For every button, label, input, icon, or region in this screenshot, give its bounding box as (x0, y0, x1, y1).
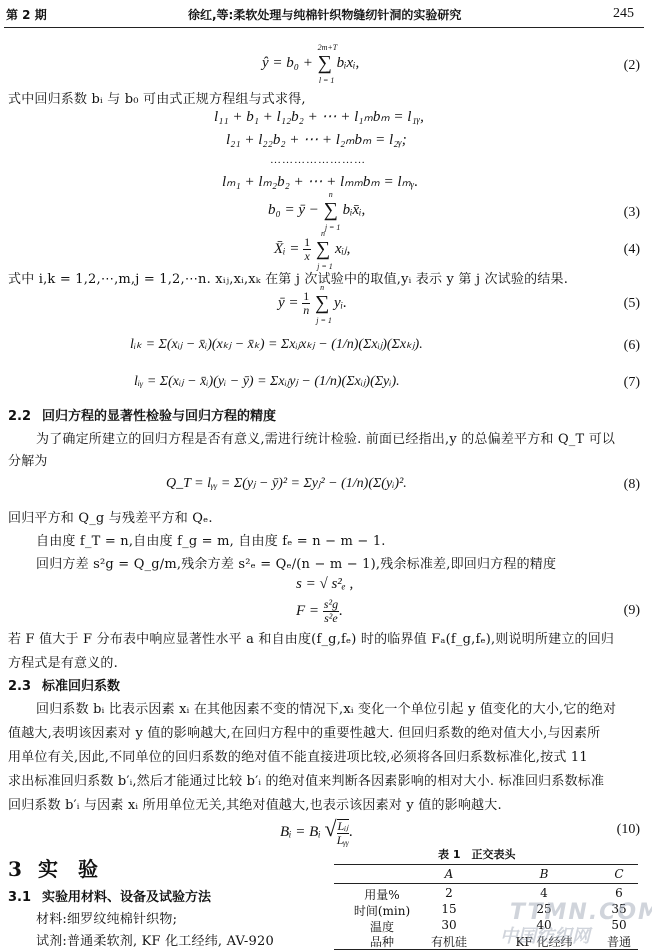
equation-s: s = √ s²ₑ , (296, 576, 353, 593)
paragraph-degrees-of-freedom: 自由度 f_T = n,自由度 f_g = m, 自由度 fₑ = n − m … (36, 530, 386, 549)
section-number: 2.2 (8, 409, 42, 424)
equation-9: F = s²gs²e. (296, 598, 343, 625)
paragraph-after-eq8: 回归平方和 Q_g 与残差平方和 Qₑ. (8, 507, 213, 526)
section-number: 3 (8, 857, 38, 881)
table-header-cell: A (414, 867, 484, 881)
paragraph-2-3-line-3: 用单位有关,因此,不同单位的回归系数的绝对值不能直接进项比较,必须将各回归系数标… (8, 746, 588, 765)
equation-number-5: (5) (624, 296, 640, 312)
running-title: 徐红,等:柔软处理与纯棉针织物缝纫针洞的实验研究 (188, 6, 461, 23)
eq2-rhs: bᵢxᵢ, (337, 55, 360, 71)
eq10-fraction: LᵢⱼLᵧᵧ (337, 819, 350, 847)
section-title: 回归方程的显著性检验与回归方程的精度 (42, 409, 276, 424)
equation-number-7: (7) (624, 375, 640, 391)
section-title: 实 验 (38, 857, 98, 881)
table-cell: 6 (584, 886, 652, 900)
eq9-lhs: F = (296, 603, 319, 619)
eq4-rhs: xᵢⱼ, (335, 241, 350, 257)
eq9-tail: . (339, 603, 343, 619)
summation-icon: ∑2m+Tl = 1 (318, 52, 332, 75)
eq4-fraction: 1x (303, 236, 311, 263)
eq10-lhs: Bᵢ = Bᵢ (280, 824, 321, 840)
equation-6: lᵢₖ = Σ(xᵢⱼ − x̄ᵢ)(xₖⱼ − x̄ₖ) = Σxᵢⱼxₖⱼ … (130, 336, 423, 353)
equation-5: ȳ = 1n ∑nj = 1 yᵢ. (278, 290, 347, 317)
reagents-line: 试剂:普通柔软剂, KF 化工经纬, AV-920 (36, 930, 274, 949)
normal-equation-1: l₁₁ + b₁ + l₁₂b₂ + ⋯ + l₁ₘbₘ = l₁ᵧ, (214, 107, 424, 126)
watermark-logo: 中国纺织网 (500, 922, 590, 948)
paragraph-after-eq2: 式中回归系数 bᵢ 与 b₀ 可由式正规方程组与式求得, (8, 88, 306, 107)
eq5-fraction: 1n (302, 290, 310, 317)
table-top-rule (334, 864, 638, 865)
header-rule (4, 27, 644, 28)
equation-number-2: (2) (624, 58, 640, 74)
eq3-lhs: b₀ = ȳ − (268, 202, 319, 218)
normal-equation-2: l₂₁ + l₂₂b₂ + ⋯ + l₂ₘbₘ = l₂ᵧ; (226, 130, 407, 149)
section-number: 3.1 (8, 890, 42, 905)
eq10-tail: . (349, 824, 353, 840)
table-cell: 15 (414, 902, 484, 916)
table-header-cell: B (509, 867, 579, 881)
section-heading-2-2: 2.2回归方程的显著性检验与回归方程的精度 (8, 405, 276, 424)
paragraph-after-eq9-line-1: 若 F 值大于 F 分布表中响应显著性水平 a 和自由度(f_g,fₑ) 时的临… (8, 628, 614, 647)
paragraph-2-2-line-2: 分解为 (8, 450, 48, 469)
equation-number-9: (9) (624, 603, 640, 619)
equation-number-3: (3) (624, 205, 640, 221)
equation-3: b₀ = ȳ − ∑nj = 1 bᵢx̄ᵢ, (268, 199, 365, 222)
normal-equation-m: lₘ₁ + lₘ₂b₂ + ⋯ + lₘₘbₘ = lₘᵧ. (222, 172, 418, 191)
eq2-lhs: ŷ = b₀ + (262, 55, 313, 71)
equation-number-6: (6) (624, 338, 640, 354)
paragraph-2-3-line-1: 回归系数 bᵢ 比表示因素 xᵢ 在其他因素不变的情况下,xᵢ 变化一个单位引起… (36, 698, 616, 717)
table-cell: 30 (414, 918, 484, 932)
eq5-rhs: yᵢ. (334, 295, 347, 311)
eq5-lhs: ȳ = (278, 295, 299, 311)
section-title: 标准回归系数 (42, 679, 120, 694)
section-number: 2.3 (8, 679, 42, 694)
section-title: 实验用材料、设备及试验方法 (42, 890, 211, 905)
equation-4: X̄ᵢ = 1x ∑nj = 1 xᵢⱼ, (274, 236, 350, 263)
table-header-row: A B C (334, 867, 638, 882)
section-heading-3-1: 3.1实验用材料、设备及试验方法 (8, 886, 211, 905)
table-cell: 4 (509, 886, 579, 900)
table-cell: 普通 (584, 933, 652, 950)
paragraph-after-eq4: 式中 i,k = 1,2,⋯,m,j = 1,2,⋯n. xᵢⱼ,xᵢ,xₖ 在… (8, 268, 568, 287)
section-heading-2-3: 2.3标准回归系数 (8, 675, 120, 694)
table-caption: 表 1 正交表头 (438, 846, 515, 862)
paragraph-after-eq9-line-2: 方程式是有意义的. (8, 652, 118, 671)
page-number: 245 (613, 6, 634, 22)
table-cell: 有机硅 (414, 933, 484, 950)
equation-number-8: (8) (624, 477, 640, 493)
table-header-cell: C (584, 867, 652, 881)
section-heading-3: 3实 验 (8, 853, 98, 882)
paragraph-2-3-line-5: 回归系数 b′ᵢ 与因素 xᵢ 所用单位无关,其绝对值越大,也表示该因素对 y … (8, 794, 502, 813)
paragraph-2-3-line-2: 值越大,表明该因素对 y 值的影响越大,在回归方程中的重要性越大. 但回归系数的… (8, 722, 600, 741)
paragraph-2-2-line-1: 为了确定所建立的回归方程是否有意义,需进行统计检验. 前面已经指出,y 的总偏差… (36, 428, 615, 447)
table-bottom-rule (334, 949, 638, 950)
eq9-fraction: s²gs²e (323, 598, 339, 625)
table-row: 用量% 2 4 6 (334, 886, 638, 901)
summation-icon: ∑nj = 1 (324, 199, 338, 222)
equation-10: Bᵢ = Bᵢ √LᵢⱼLᵧᵧ. (280, 816, 353, 847)
summation-icon: ∑nj = 1 (315, 292, 329, 315)
square-root-icon: √ (324, 816, 336, 841)
equation-7: lᵢᵧ = Σ(xᵢⱼ − x̄ᵢ)(yᵢ − ȳ) = Σxᵢⱼyⱼ − (1… (134, 373, 400, 390)
materials-line: 材料:细罗纹纯棉针织物; (36, 908, 177, 927)
equation-8: Q_T = lᵧᵧ = Σ(yⱼ − ȳ)² = Σyⱼ² − (1/n)(Σ(… (166, 475, 407, 492)
paragraph-variance: 回归方差 s²g = Q_g/m,残余方差 s²ₑ = Qₑ/(n − m − … (36, 553, 556, 572)
table-row: 品种 有机硅 KF 化经纬 普通 (334, 933, 638, 948)
journal-issue: 第 2 期 (6, 6, 47, 23)
summation-icon: ∑nj = 1 (316, 238, 330, 261)
normal-equation-ellipsis: …………………… (270, 154, 366, 166)
equation-number-10: (10) (617, 822, 640, 838)
paragraph-2-3-line-4: 求出标准回归系数 b′ᵢ,然后才能通过比较 b′ᵢ 的绝对值来判断各因素影响的相… (8, 770, 604, 789)
eq4-lhs: X̄ᵢ = (274, 241, 299, 257)
table-cell: 2 (414, 886, 484, 900)
equation-2: ŷ = b₀ + ∑2m+Tl = 1 bᵢxᵢ, (262, 52, 359, 75)
table-header-rule (334, 883, 638, 884)
equation-number-4: (4) (624, 242, 640, 258)
eq3-rhs: bᵢx̄ᵢ, (343, 202, 366, 218)
